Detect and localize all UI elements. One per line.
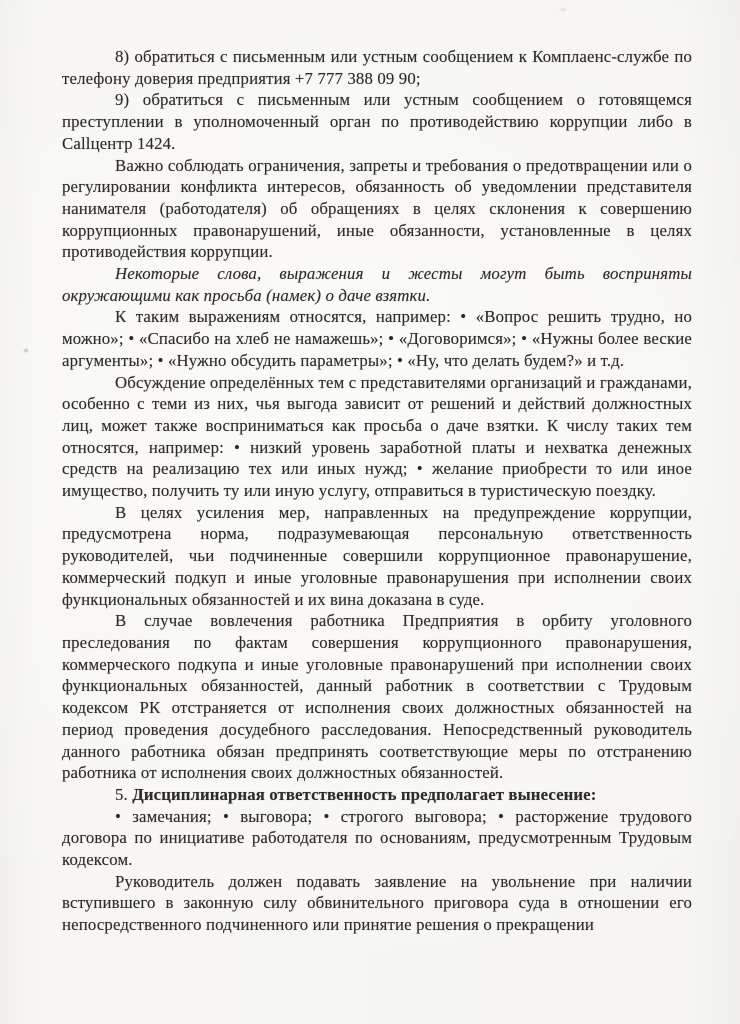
scan-speck bbox=[560, 8, 566, 11]
paragraph-item-8-compliance-hotline: 8) обратиться с письменным или устным со… bbox=[62, 46, 692, 89]
paragraph-discussion-topics: Обсуждение определённых тем с представит… bbox=[62, 372, 692, 502]
document-text-block: 8) обратиться с письменным или устным со… bbox=[62, 46, 692, 936]
paragraph-manager-resignation: Руководитель должен подавать заявление н… bbox=[62, 871, 692, 936]
scan-speck bbox=[24, 349, 28, 352]
heading-disciplinary-responsibility: 5. Дисциплинарная ответственность предпо… bbox=[62, 784, 692, 806]
paragraph-disciplinary-measures: • замечания; • выговора; • строгого выго… bbox=[62, 806, 692, 871]
heading-number: 5. bbox=[115, 785, 132, 804]
paragraph-personal-responsibility: В целях усиления мер, направленных на пр… bbox=[62, 502, 692, 611]
document-page: 8) обратиться с письменным или устным со… bbox=[0, 0, 740, 1024]
paragraph-words-gestures-note: Некоторые слова, выражения и жесты могут… bbox=[62, 263, 692, 306]
paragraph-criminal-prosecution-suspension: В случае вовлечения работника Предприяти… bbox=[62, 610, 692, 784]
paragraph-item-9-report-authority: 9) обратиться с письменным или устным со… bbox=[62, 89, 692, 154]
paragraph-bribe-hint-expressions: К таким выражениям относятся, например: … bbox=[62, 306, 692, 371]
heading-bold-text: Дисциплинарная ответственность предполаг… bbox=[132, 785, 596, 804]
paragraph-restrictions-obligations: Важно соблюдать ограничения, запреты и т… bbox=[62, 155, 692, 264]
